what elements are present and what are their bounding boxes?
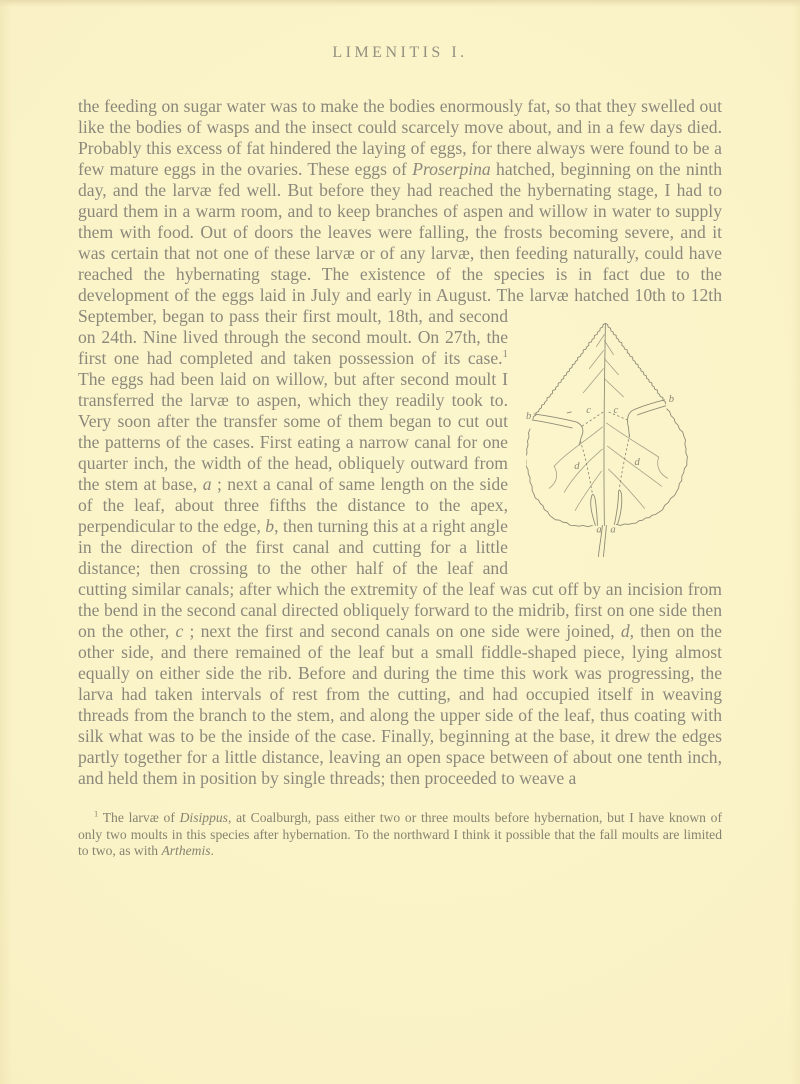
leaf-cutting-diagram: b b c c d d a a [526, 308, 722, 558]
canal-a-left [591, 494, 598, 525]
text-block: the feeding on sugar water was to make t… [78, 96, 722, 860]
leaf-midrib [604, 324, 605, 525]
leaf-figure: b b c c d d a a [516, 308, 722, 558]
figure-label-d-right: d [635, 457, 641, 468]
figure-label-b-right: b [669, 394, 674, 405]
main-paragraph: the feeding on sugar water was to make t… [78, 96, 722, 789]
book-page: LIMENITIS I. the feeding on sugar water … [0, 0, 800, 1084]
footnote-text: 1 The larvæ of Disippus, at Coalburgh, p… [78, 810, 722, 858]
small-tick [567, 412, 571, 413]
leaf-edge-apex-left [533, 323, 605, 418]
canal-b-right [638, 406, 666, 415]
incision-d-left [580, 441, 592, 493]
canal-b-left [534, 414, 583, 445]
figure-label-b-left: b [526, 411, 531, 422]
figure-label-c-left: c [586, 405, 591, 416]
running-head: LIMENITIS I. [0, 44, 800, 62]
figure-label-c-right: c [613, 405, 618, 416]
canal-b-right [628, 400, 665, 437]
canal-a-right [614, 490, 621, 524]
paragraph-text-before-figure: the feeding on sugar water was to make t… [78, 96, 722, 305]
leaf-edge-apex-right [605, 323, 665, 403]
leaf-veins [549, 334, 668, 510]
figure-label-a-left: a [596, 525, 601, 536]
leaf-stem [603, 525, 606, 556]
figure-label-d-left: d [574, 461, 580, 472]
leaf-edge-lobe-right [616, 409, 687, 526]
canal-b-left [532, 420, 572, 428]
leaf-edge-lobe-left [526, 429, 592, 527]
figure-label-a-right: a [610, 525, 615, 536]
footnote: 1 The larvæ of Disippus, at Coalburgh, p… [78, 810, 722, 860]
